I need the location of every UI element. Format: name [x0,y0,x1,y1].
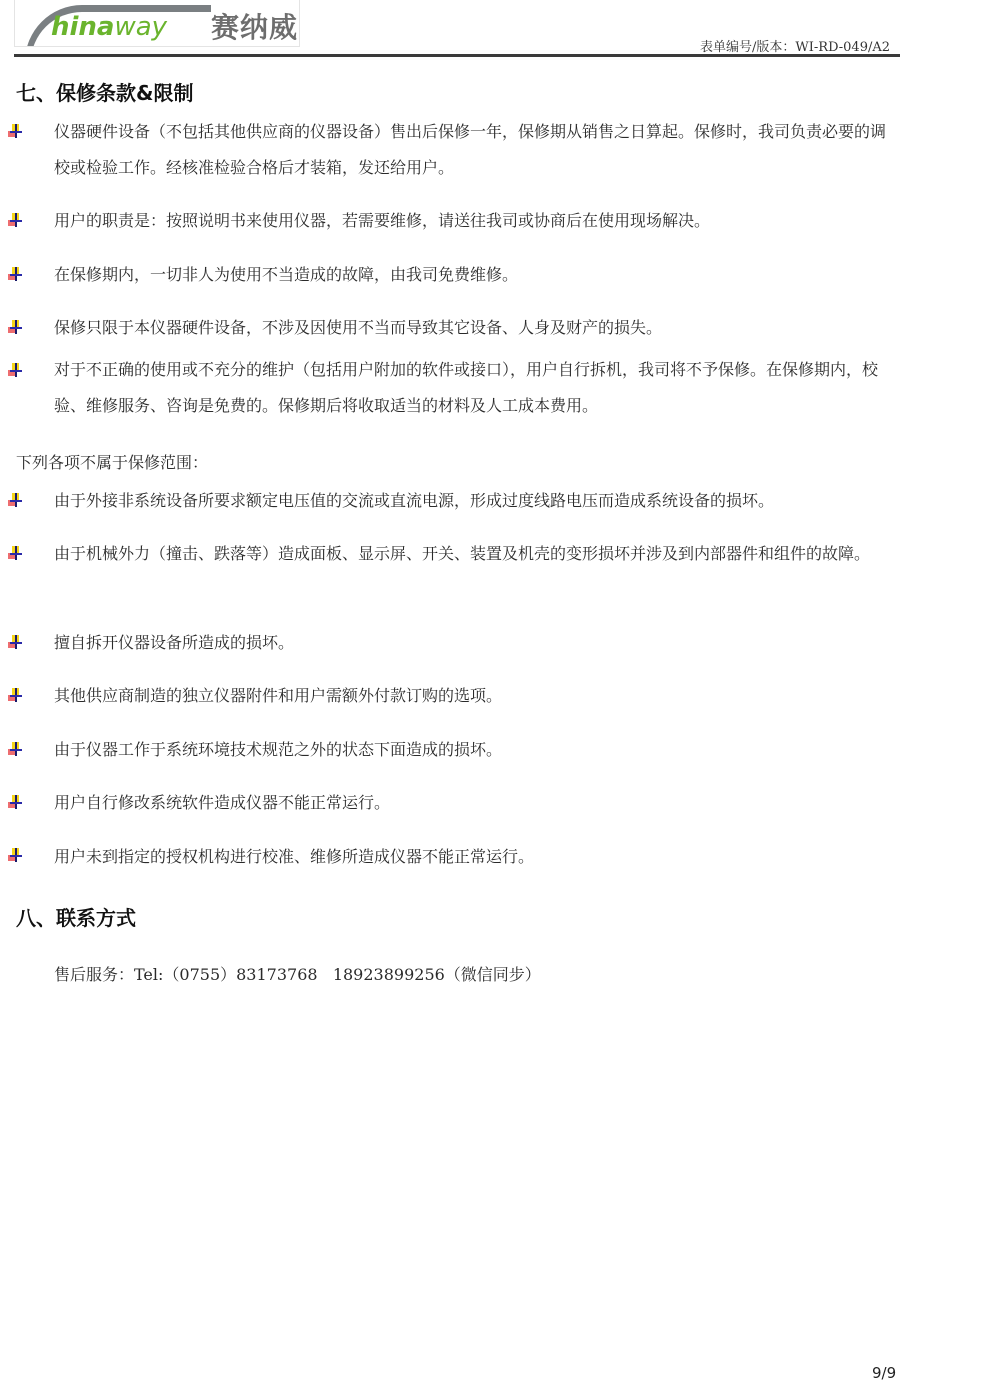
section-7-title: 七、保修条款&限制 [16,77,193,106]
bullet-icon [8,688,24,704]
exclusions-intro: 下列各项不属于保修范围： [16,450,208,473]
bullet-icon [8,363,24,379]
exclusion-item: 由于仪器工作于系统环境技术规范之外的状态下面造成的损坏。 [54,732,900,768]
list-item: 对于不正确的使用或不充分的维护（包括用户附加的软件或接口），用户自行拆机，我司将… [54,352,900,424]
logo-cn: 赛纳威 [211,6,298,46]
bullet-icon [8,493,24,509]
form-number: 表单编号/版本：WI-RD-049/A2 [700,36,890,55]
exclusion-item: 用户自行修改系统软件造成仪器不能正常运行。 [54,785,900,821]
exclusion-item: 其他供应商制造的独立仪器附件和用户需额外付款订购的选项。 [54,678,900,714]
bullet-icon [8,635,24,651]
exclusion-item: 由于机械外力（撞击、跌落等）造成面板、显示屏、开关、装置及机壳的变形损坏并涉及到… [54,536,900,572]
list-item: 仪器硬件设备（不包括其他供应商的仪器设备）售出后保修一年，保修期从销售之日算起。… [54,114,900,186]
header-divider [14,54,900,57]
company-logo: hinaway 赛纳威 [14,0,300,47]
exclusion-item: 用户未到指定的授权机构进行校准、维修所造成仪器不能正常运行。 [54,839,900,875]
bullet-icon [8,742,24,758]
bullet-icon [8,795,24,811]
bullet-icon [8,848,24,864]
bullet-icon [8,267,24,283]
logo-brand: hinaway [51,12,167,42]
bullet-icon [8,213,24,229]
page-number: 9/9 [872,1364,896,1382]
list-item: 保修只限于本仪器硬件设备，不涉及因使用不当而导致其它设备、人身及财产的损失。 [54,310,900,346]
contact-info: 售后服务：Tel:（0755）83173768 18923899256（微信同步… [54,962,541,985]
bullet-icon [8,124,24,140]
bullet-icon [8,546,24,562]
section-8-title: 八、联系方式 [16,902,136,931]
exclusion-item: 擅自拆开仪器设备所造成的损坏。 [54,625,900,661]
list-item: 用户的职责是：按照说明书来使用仪器，若需要维修，请送往我司或协商后在使用现场解决… [54,203,900,239]
exclusion-item: 由于外接非系统设备所要求额定电压值的交流或直流电源，形成过度线路电压而造成系统设… [54,483,900,519]
list-item: 在保修期内，一切非人为使用不当造成的故障，由我司免费维修。 [54,257,900,293]
bullet-icon [8,320,24,336]
